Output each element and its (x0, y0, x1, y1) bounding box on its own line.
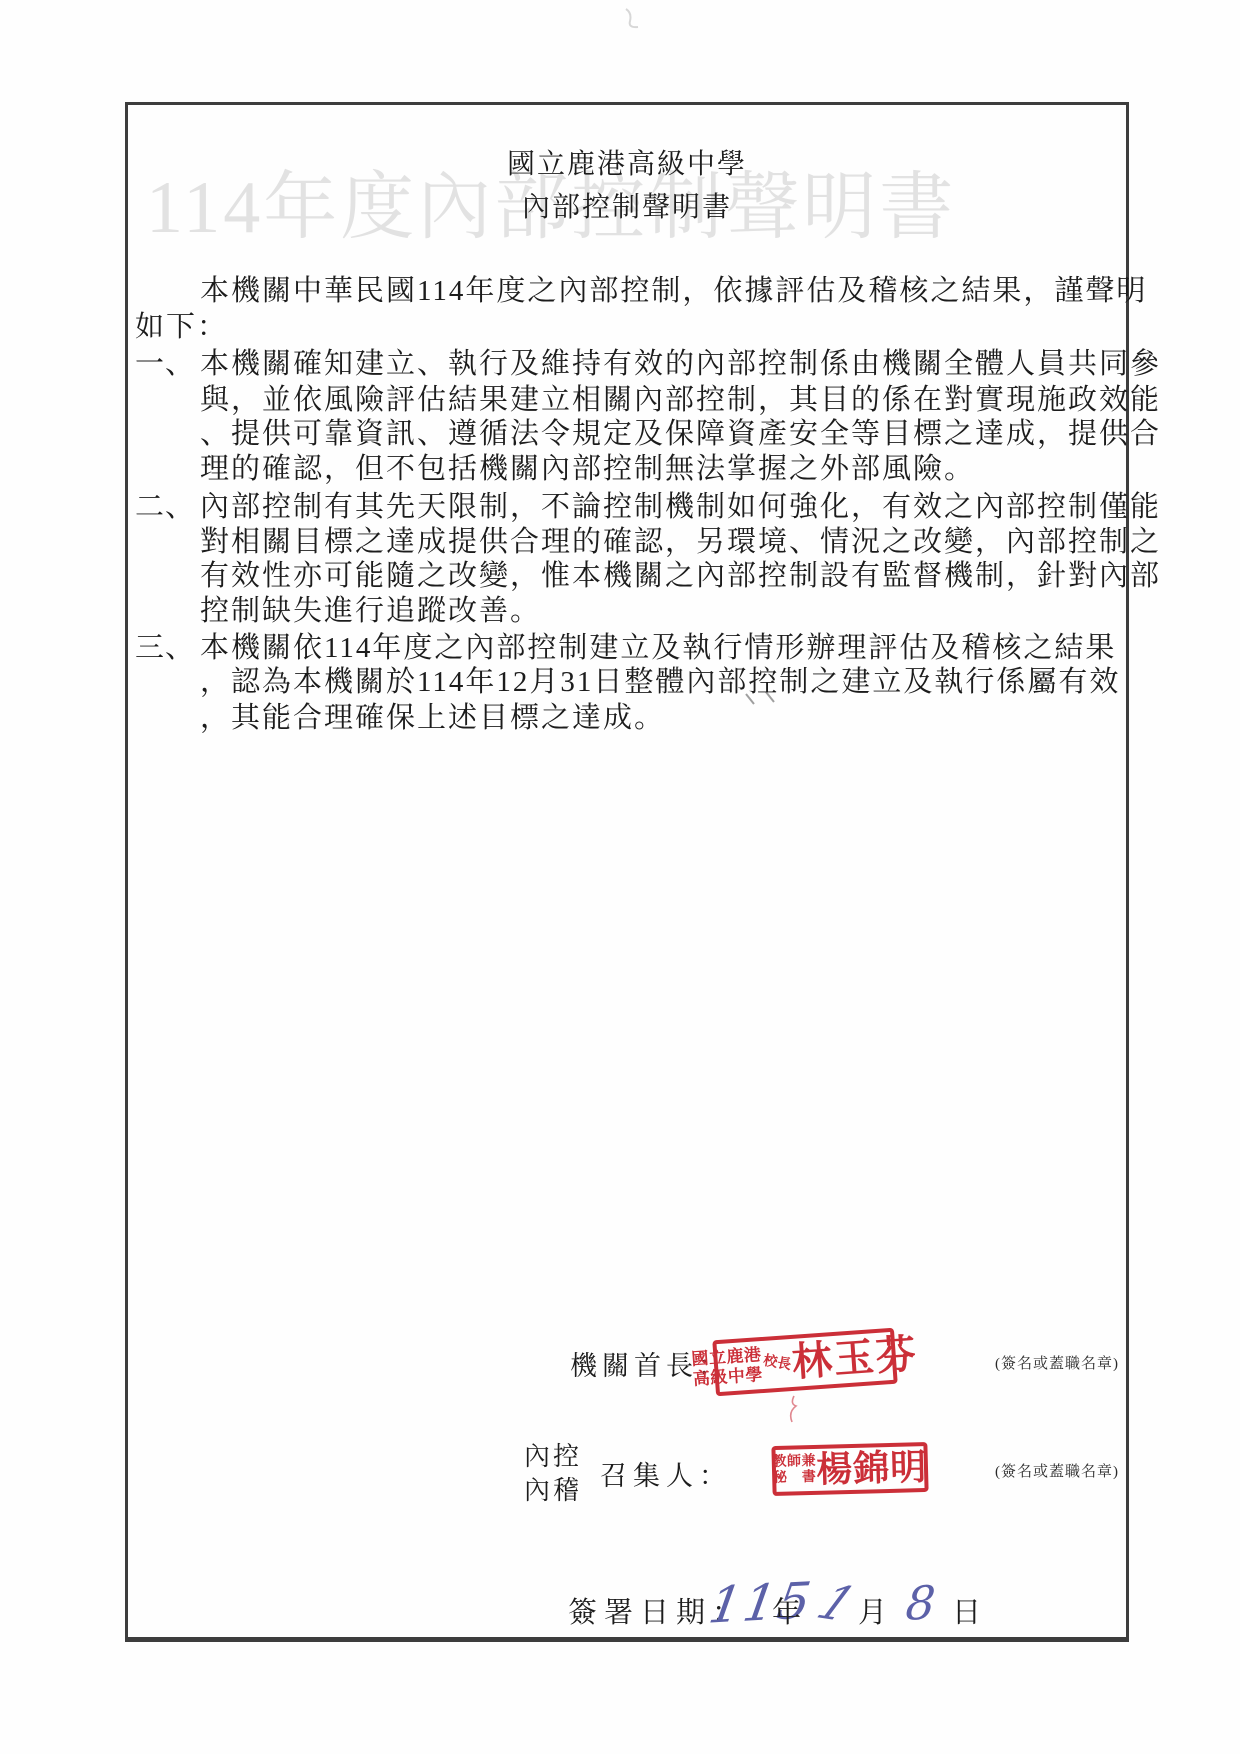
signature-note: (簽名或蓋職名章) (995, 1460, 1119, 1481)
stamp-school-name: 國立鹿港 高級中學 (691, 1346, 764, 1390)
list-item-line: 理的確認，但不包括機關內部控制無法掌握之外部風險。 (200, 446, 975, 487)
list-item-line: 控制缺失進行追蹤改善。 (200, 588, 541, 629)
stamp-principal-name: 林玉芬 (791, 1334, 919, 1383)
red-pen-mark (780, 1392, 806, 1428)
intro-line: 本機關中華民國114年度之內部控制，依據評估及稽核之結果，謹聲明 (200, 268, 1147, 309)
stamp-convener-name: 楊錦明 (816, 1449, 928, 1488)
date-year-unit: 年 (772, 1590, 801, 1631)
list-item-line: ，其能合理確保上述目標之達成。 (200, 695, 665, 736)
convener-role-label: 召集人： (600, 1454, 732, 1493)
stamp-role-principal: 校長 (762, 1350, 793, 1375)
list-item-number: 三、 (135, 625, 195, 666)
school-name: 國立鹿港高級中學 (125, 142, 1129, 182)
signature-note: (簽名或蓋職名章) (995, 1352, 1119, 1373)
document-border-frame (125, 102, 1129, 1642)
date-day-handwritten: 8 (904, 1575, 937, 1631)
scan-artifact-top (620, 5, 646, 31)
convener-name-stamp: 教師兼 秘 書 楊錦明 (771, 1442, 928, 1496)
list-item-number: 二、 (135, 484, 195, 525)
convener-label-line2: 內稽 (524, 1470, 582, 1507)
date-day-unit: 日 (952, 1590, 981, 1631)
stamp-role-secretary: 教師兼 秘 書 (772, 1454, 816, 1487)
intro-line: 如下： (135, 304, 228, 345)
scanned-document-page: 114年度內部控制聲明書 國立鹿港高級中學 內部控制聲明書 本機關中華民國114… (0, 0, 1240, 1754)
list-item-number: 一、 (135, 341, 195, 382)
list-item-line: 本機關確知建立、執行及維持有效的內部控制係由機關全體人員共同參 (200, 341, 1161, 382)
document-title: 內部控制聲明書 (125, 185, 1129, 225)
list-item-line: ，認為本機關於114年12月31日整體內部控制之建立及執行係屬有效 (200, 659, 1120, 700)
date-month-unit: 月 (858, 1590, 887, 1631)
convener-label-line1: 內控 (524, 1436, 582, 1473)
